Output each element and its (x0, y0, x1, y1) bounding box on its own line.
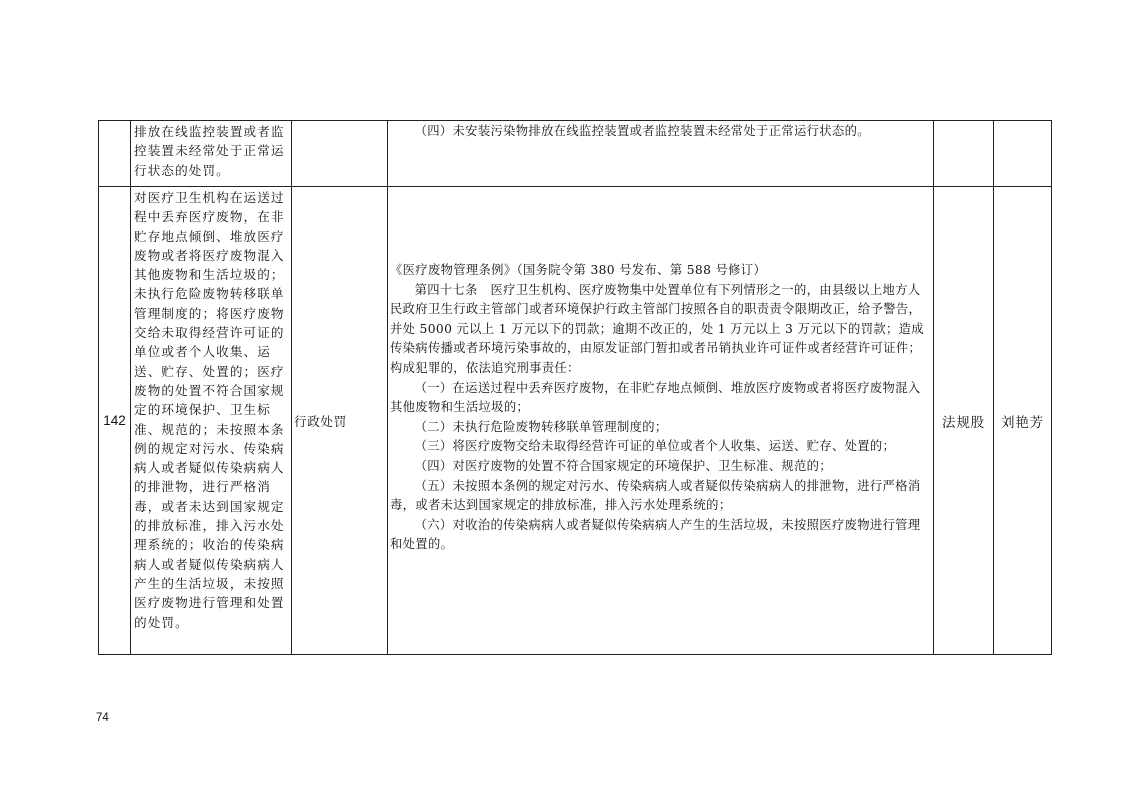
table-row: 142 对医疗卫生机构在运送过程中丢弃医疗废物，在非贮存地点倾倒、堆放医疗废物或… (98, 186, 1052, 654)
penalty-subject: 对医疗卫生机构在运送过程中丢弃医疗废物，在非贮存地点倾倒、堆放医疗废物或者将医疗… (130, 186, 291, 655)
penalty-type (291, 120, 387, 186)
row-number (98, 120, 130, 186)
basis-clause: （四）未安装污染物排放在线监控装置或者监控装置未经常处于正常运行状态的。 (390, 122, 931, 142)
basis-clause: （一）在运送过程中丢弃医疗废物，在非贮存地点倾倒、堆放医疗废物或者将医疗废物混入… (390, 379, 931, 418)
basis-clause: （二）未执行危险废物转移联单管理制度的； (390, 418, 931, 438)
legal-basis: 《医疗废物管理条例》（国务院令第 380 号发布、第 588 号修订） 第四十七… (387, 186, 933, 655)
basis-clause: （三）将医疗废物交给未取得经营许可证的单位或者个人收集、运送、贮存、处置的； (390, 437, 931, 457)
legal-basis: （四）未安装污染物排放在线监控装置或者监控装置未经常处于正常运行状态的。 (387, 120, 933, 186)
page-number: 74 (96, 712, 109, 724)
responsible-department (933, 120, 993, 186)
penalty-subject: 排放在线监控装置或者监控装置未经常处于正常运行状态的处罚。 (130, 120, 291, 186)
basis-clause: （四）对医疗废物的处置不符合国家规定的环境保护、卫生标准、规范的； (390, 457, 931, 477)
row-number: 142 (98, 186, 130, 655)
basis-clause: （五）未按照本条例的规定对污水、传染病病人或者疑似传染病病人的排泄物，进行严格消… (390, 477, 931, 516)
basis-clause: （六）对收治的传染病病人或者疑似传染病病人产生的生活垃圾，未按照医疗废物进行管理… (390, 516, 931, 555)
document-page: 排放在线监控装置或者监控装置未经常处于正常运行状态的处罚。 （四）未安装污染物排… (0, 0, 1122, 793)
table-row: 排放在线监控装置或者监控装置未经常处于正常运行状态的处罚。 （四）未安装污染物排… (98, 120, 1052, 186)
responsible-department: 法规股 (933, 186, 993, 655)
basis-article: 第四十七条 医疗卫生机构、医疗废物集中处置单位有下列情形之一的，由县级以上地方人… (390, 281, 931, 379)
basis-title: 《医疗废物管理条例》（国务院令第 380 号发布、第 588 号修订） (390, 261, 931, 281)
responsible-person (993, 120, 1052, 186)
responsible-person: 刘艳芳 (993, 186, 1052, 655)
penalty-type: 行政处罚 (291, 186, 387, 655)
